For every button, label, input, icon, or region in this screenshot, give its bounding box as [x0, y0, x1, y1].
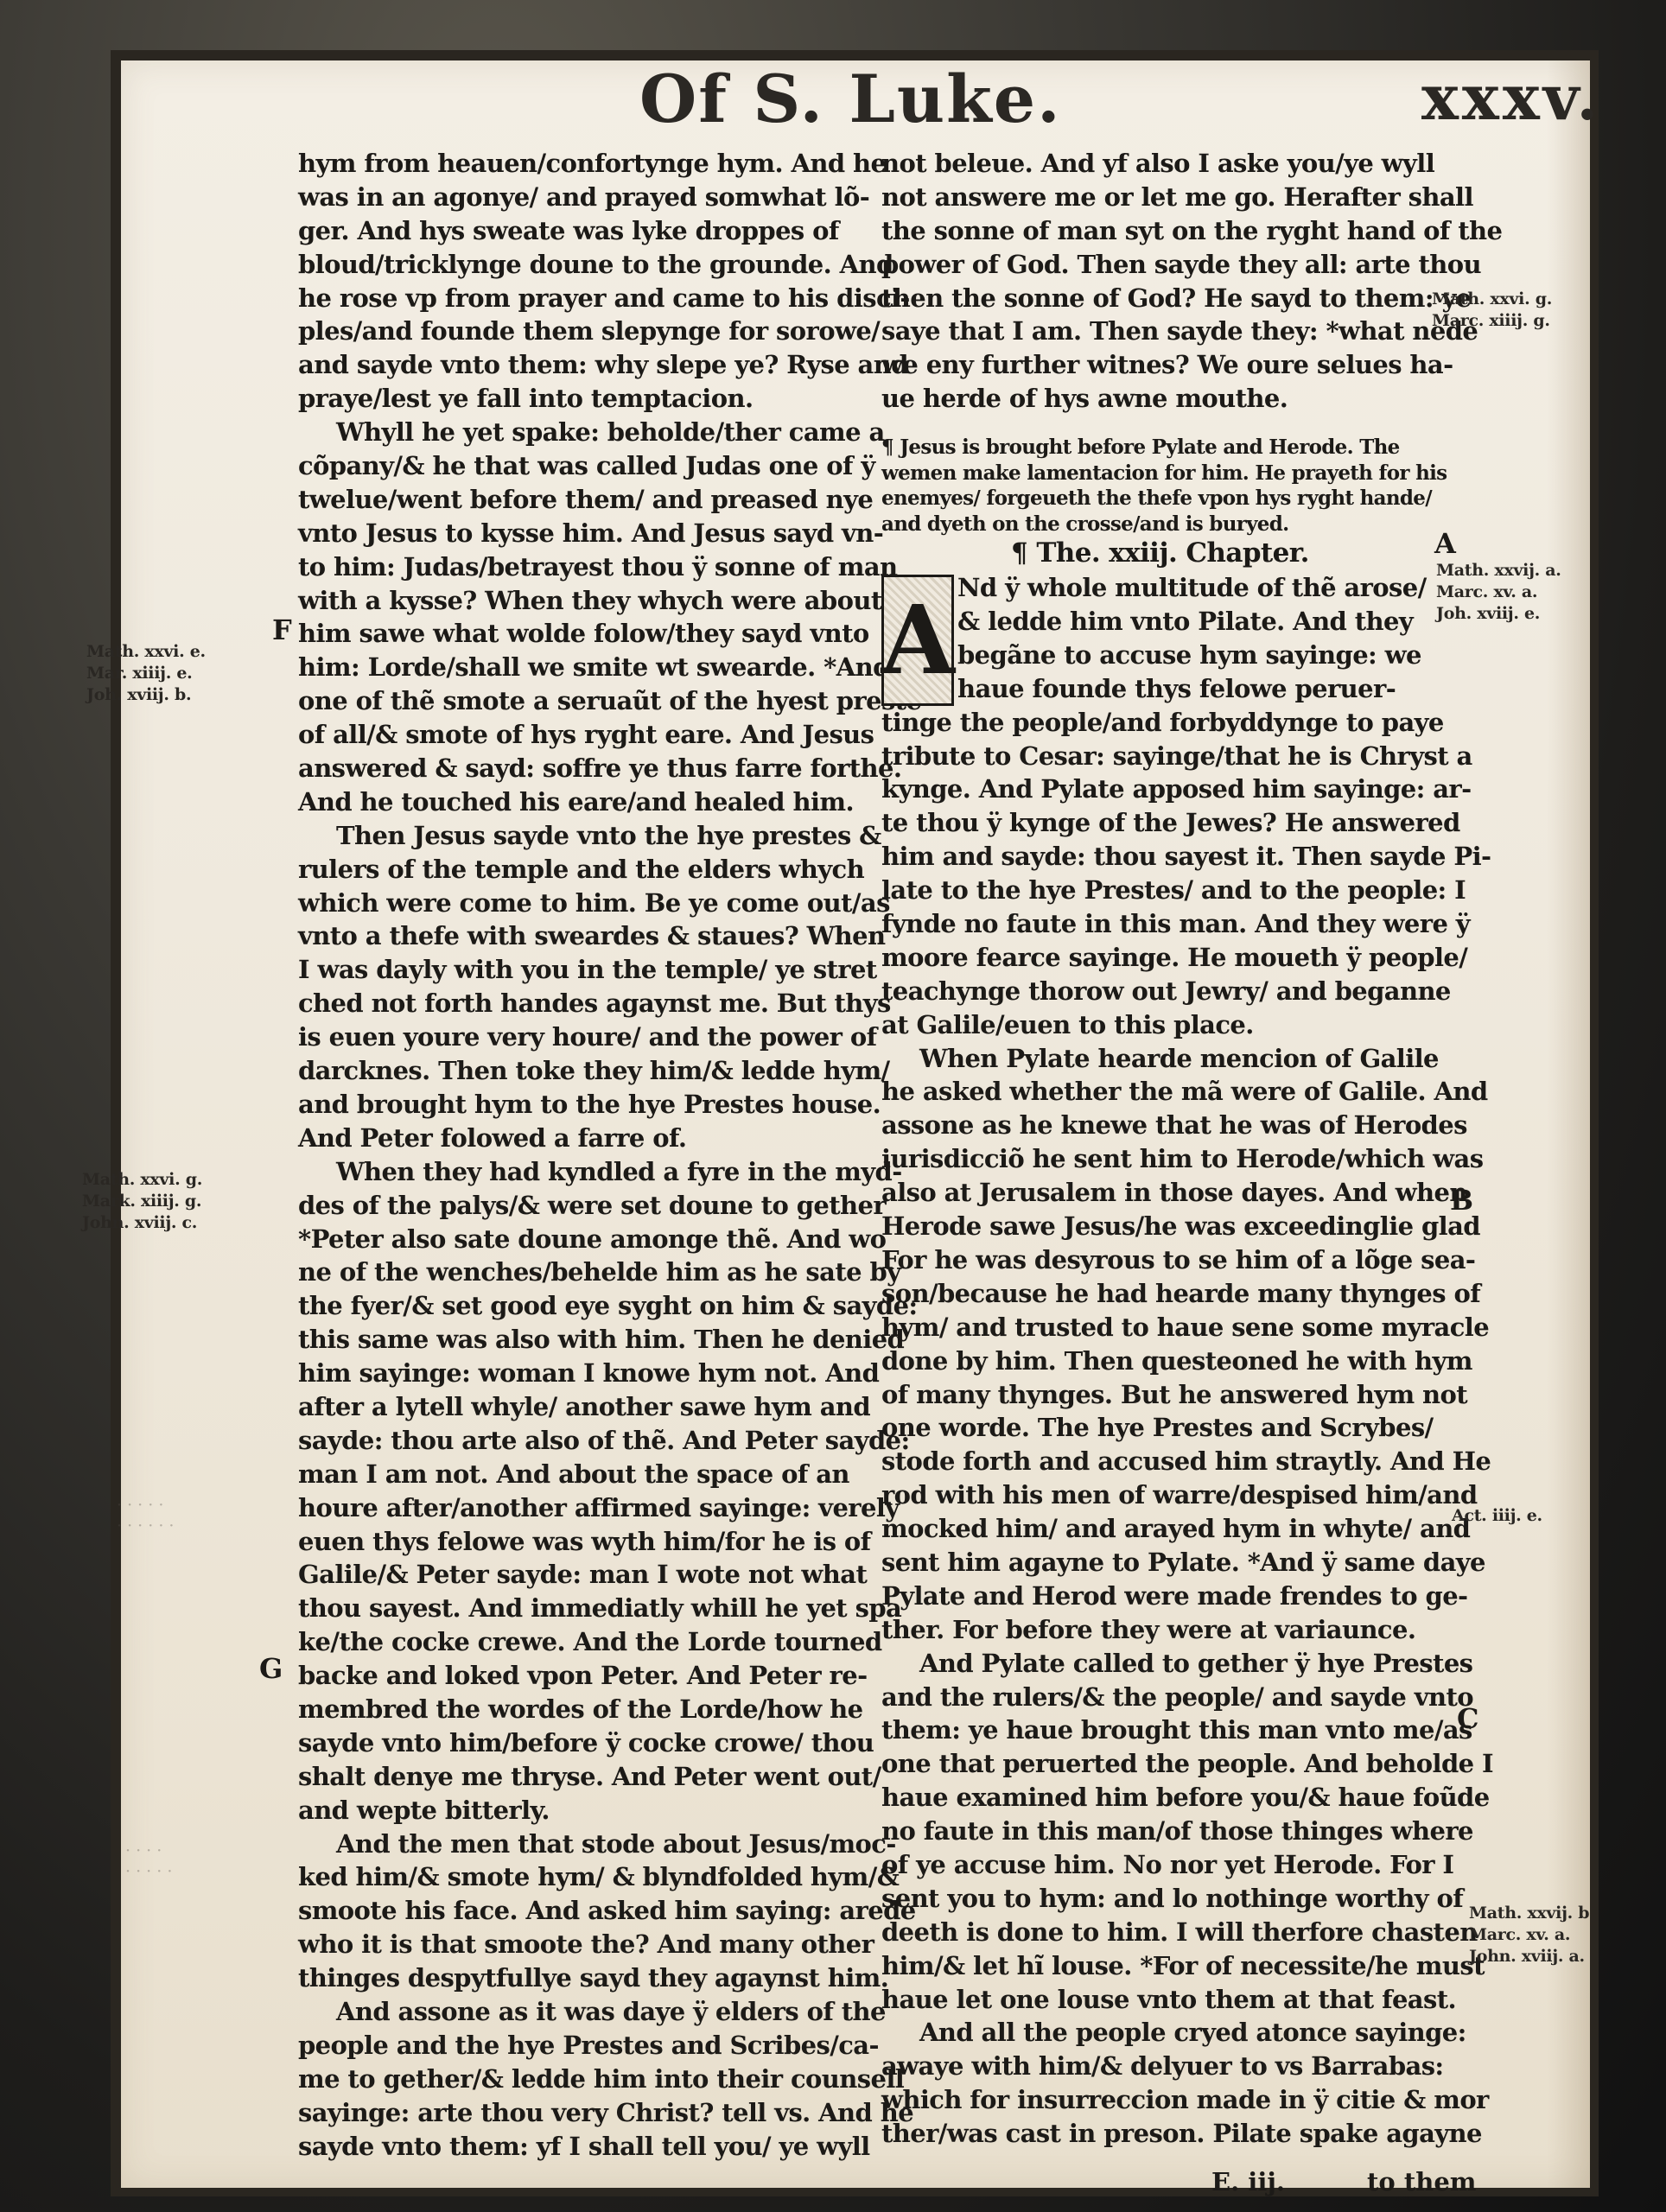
text-line: And assone as it was daye ÿ elders of th… — [298, 1995, 868, 2029]
text-line: Then Jesus sayde vnto the hye prestes & — [298, 819, 868, 853]
text-line: haue let one louse vnto them at that fea… — [881, 1983, 1452, 2017]
text-line: vnto Jesus to kysse him. And Jesus sayd … — [298, 517, 868, 550]
text-line: the sonne of man syt on the ryght hand o… — [881, 214, 1452, 248]
text-line: And Pylate called to gether ÿ hye Preste… — [881, 1647, 1452, 1681]
text-line: mocked him/ and arayed hym in whyte/ and — [881, 1512, 1452, 1546]
folio-number: xxxv. — [1421, 60, 1601, 134]
text-line: was in an agonye/ and prayed somwhat lõ- — [298, 181, 868, 214]
text-line: which were come to him. Be ye come out/a… — [298, 887, 868, 920]
text-line: euen thys felowe was wyth him/for he is … — [298, 1525, 868, 1559]
page-edge-shading — [1547, 60, 1590, 2188]
text-line: is euen youre very houre/ and the power … — [298, 1020, 868, 1054]
text-line: houre after/another affirmed sayinge: ve… — [298, 1491, 868, 1525]
text-line: wemen make lamentacion for him. He praye… — [881, 461, 1452, 486]
text-line: shalt denye me thryse. And Peter went ou… — [298, 1760, 868, 1794]
bible-page: Of S. Luke. xxxv. hym from heauen/confor… — [121, 60, 1590, 2188]
section-letter-b: B — [1450, 1184, 1473, 1217]
text-line: saye that I am. Then sayde they: *what n… — [881, 315, 1452, 348]
section-letter-f: F — [272, 613, 292, 646]
text-line: him: Lorde/shall we smite wt swearde. *A… — [298, 651, 868, 684]
text-line: bloud/tricklynge doune to the grounde. A… — [298, 248, 868, 282]
text-line: stode forth and accused him straytly. An… — [881, 1445, 1452, 1478]
section-letter-a: A — [1434, 527, 1456, 560]
text-line: ke/the cocke crewe. And the Lorde tourne… — [298, 1625, 868, 1659]
text-line: and brought hym to the hye Prestes house… — [298, 1088, 868, 1122]
drop-cap-text-line: haue founde thys felowe peruer- — [881, 672, 1452, 706]
text-line: sayde vnto him/before ÿ cocke crowe/ tho… — [298, 1726, 868, 1760]
text-line: fynde no faute in this man. And they wer… — [881, 907, 1452, 941]
text-line: of many thynges. But he answered hym not — [881, 1378, 1452, 1412]
margin-note-left-1: Math. xxvi. e. Mar. xiiij. e. Joh. xviij… — [86, 641, 206, 706]
text-line: sayinge: arte thou very Christ? tell vs.… — [298, 2096, 868, 2130]
text-line: teachynge thorow out Jewry/ and beganne — [881, 975, 1452, 1008]
text-line: sayde vnto them: yf I shall tell you/ ye… — [298, 2130, 868, 2164]
text-line: tinge the people/and forbyddynge to paye — [881, 706, 1452, 740]
text-line: which for insurreccion made in ÿ citie &… — [881, 2083, 1452, 2117]
text-line: assone as he knewe that he was of Herode… — [881, 1109, 1452, 1142]
text-line: one worde. The hye Prestes and Scrybes/ — [881, 1411, 1452, 1445]
text-line: one of thẽ smote a seruaũt of the hyest … — [298, 684, 868, 718]
text-line: darcknes. Then toke they him/& ledde hym… — [298, 1054, 868, 1088]
right-column-bottom-text: tinge the people/and forbyddynge to paye… — [881, 706, 1452, 2151]
text-line: And he touched his eare/and healed him. — [298, 785, 868, 819]
text-line: Galile/& Peter sayde: man I wote not wha… — [298, 1558, 868, 1592]
chapter-summary: ¶ Jesus is brought before Pylate and Her… — [881, 435, 1452, 537]
right-column-top-text: not beleue. And yf also I aske you/ye wy… — [881, 147, 1452, 416]
text-line: kynge. And Pylate apposed him sayinge: a… — [881, 772, 1452, 806]
text-line: thinges despytfullye sayd they agaynst h… — [298, 1961, 868, 1995]
text-line: backe and loked vpon Peter. And Peter re… — [298, 1659, 868, 1693]
section-letter-g: G — [259, 1652, 283, 1685]
text-line: him and sayde: thou sayest it. Then sayd… — [881, 840, 1452, 874]
text-line: membred the wordes of the Lorde/how he — [298, 1693, 868, 1726]
text-line: him sawe what wolde folow/they sayd vnto — [298, 617, 868, 651]
text-line: hym from heauen/confortynge hym. And he — [298, 147, 868, 181]
show-through-smudge: · · · ·· · · · · — [125, 1840, 172, 1882]
text-line: me to gether/& ledde him into their coun… — [298, 2063, 868, 2096]
text-line: And Peter folowed a farre of. — [298, 1122, 868, 1155]
text-line: deeth is done to him. I will therfore ch… — [881, 1916, 1452, 1949]
left-text-column: hym from heauen/confortynge hym. And hew… — [298, 147, 868, 2163]
text-line: son/because he had hearde many thynges o… — [881, 1277, 1452, 1311]
text-line: answered & sayd: soffre ye thus farre fo… — [298, 752, 868, 785]
text-line: When they had kyndled a fyre in the myd- — [298, 1155, 868, 1189]
margin-note-left-2: Math. xxvi. g. Mark. xiiij. g. John. xvi… — [82, 1169, 202, 1234]
text-line: praye/lest ye fall into temptacion. — [298, 382, 868, 416]
margin-note-right-4: Math. xxvij. b Marc. xv. a. John. xviij.… — [1469, 1903, 1589, 1967]
text-line: ther/was cast in preson. Pilate spake ag… — [881, 2117, 1452, 2151]
text-line: cõpany/& he that was called Judas one of… — [298, 449, 868, 483]
drop-cap-text-line: begãne to accuse hym sayinge: we — [881, 639, 1452, 672]
section-letter-c: C — [1457, 1702, 1478, 1735]
text-line: we eny further witnes? We oure selues ha… — [881, 348, 1452, 382]
text-line: des of the palys/& were set doune to get… — [298, 1189, 868, 1223]
text-line: who it is that smoote the? And many othe… — [298, 1928, 868, 1961]
text-line: vnto a thefe with sweardes & staues? Whe… — [298, 919, 868, 953]
text-line: sent you to hym: and lo nothinge worthy … — [881, 1882, 1452, 1916]
text-line: ples/and founde them slepynge for sorowe… — [298, 315, 868, 348]
text-line: of ye accuse him. No nor yet Herode. For… — [881, 1848, 1452, 1882]
text-line: thou sayest. And immediatly whill he yet… — [298, 1592, 868, 1625]
text-line: and wepte bitterly. — [298, 1794, 868, 1827]
text-line: smoote his face. And asked him saying: a… — [298, 1894, 868, 1928]
text-line: this same was also with him. Then he den… — [298, 1323, 868, 1357]
margin-note-right-1: Math. xxvi. g. Marc. xiiij. g. — [1432, 289, 1552, 332]
text-line: ched not forth handes agaynst me. But th… — [298, 987, 868, 1020]
text-line: tribute to Cesar: sayinge/that he is Chr… — [881, 740, 1452, 773]
text-line: people and the hye Prestes and Scribes/c… — [298, 2029, 868, 2063]
text-line: hym/ and trusted to haue sene some myrac… — [881, 1311, 1452, 1344]
text-line: enemyes/ forgeueth the thefe vpon hys ry… — [881, 486, 1452, 512]
text-line: Whyll he yet spake: beholde/ther came a — [298, 416, 868, 449]
text-line: sent him agayne to Pylate. *And ÿ same d… — [881, 1546, 1452, 1580]
text-line: him/& let hĩ louse. *For of necessite/he… — [881, 1949, 1452, 1983]
text-line: not answere me or let me go. Herafter sh… — [881, 181, 1452, 214]
text-line: When Pylate hearde mencion of Galile — [881, 1042, 1452, 1076]
text-line: man I am not. And about the space of an — [298, 1458, 868, 1491]
right-text-column: not beleue. And yf also I aske you/ye wy… — [881, 147, 1452, 2151]
text-line: ked him/& smote hym/ & blyndfolded hym/& — [298, 1860, 868, 1894]
text-line: moore fearce sayinge. He moueth ÿ people… — [881, 941, 1452, 975]
text-line: after a lytell whyle/ another sawe hym a… — [298, 1390, 868, 1424]
text-line: he rose vp from prayer and came to his d… — [298, 282, 868, 315]
text-line: ¶ Jesus is brought before Pylate and Her… — [881, 435, 1452, 461]
text-line: then the sonne of God? He sayd to them: … — [881, 282, 1452, 315]
drop-cap-text-line: Nd ÿ whole multitude of thẽ arose/ — [881, 571, 1452, 605]
text-line: them: ye haue brought this man vnto me/a… — [881, 1713, 1452, 1747]
text-line: te thou ÿ kynge of the Jewes? He answere… — [881, 806, 1452, 840]
margin-note-right-3: Act. iiij. e. — [1452, 1505, 1542, 1527]
text-line: sayde: thou arte also of thẽ. And Peter … — [298, 1424, 868, 1458]
drop-cap-text-line: & ledde him vnto Pilate. And they — [881, 605, 1452, 639]
text-line: and sayde vnto them: why slepe ye? Ryse … — [298, 348, 868, 382]
text-line: and the rulers/& the people/ and sayde v… — [881, 1681, 1452, 1714]
text-line: iurisdicciõ he sent him to Herode/which … — [881, 1142, 1452, 1176]
text-line: done by him. Then questeoned he with hym — [881, 1344, 1452, 1378]
text-line: rod with his men of warre/despised him/a… — [881, 1478, 1452, 1512]
text-line: ger. And hys sweate was lyke droppes of — [298, 214, 868, 248]
decorated-initial-icon: A — [881, 575, 954, 706]
text-line: Herode sawe Jesus/he was exceedinglie gl… — [881, 1210, 1452, 1243]
text-line: And the men that stode about Jesus/moc- — [298, 1827, 868, 1861]
margin-note-right-2: Math. xxvij. a. Marc. xv. a. Joh. xviij.… — [1436, 560, 1561, 625]
text-line: of all/& smote of hys ryght eare. And Je… — [298, 718, 868, 752]
text-line: also at Jerusalem in those dayes. And wh… — [881, 1176, 1452, 1210]
text-line: him sayinge: woman I knowe hym not. And — [298, 1357, 868, 1390]
text-line: ne of the wenches/behelde him as he sate… — [298, 1255, 868, 1289]
text-line: and dyeth on the crosse/and is buryed. — [881, 512, 1452, 537]
text-line: awaye with him/& delyuer to vs Barrabas: — [881, 2050, 1452, 2083]
text-line: the fyer/& set good eye syght on him & s… — [298, 1289, 868, 1323]
chapter-heading: ¶ The. xxiij. Chapter. — [881, 537, 1452, 571]
running-head: Of S. Luke. — [639, 60, 1062, 137]
text-line: For he was desyrous to se him of a lõge … — [881, 1243, 1452, 1277]
text-line: at Galile/euen to this place. — [881, 1008, 1452, 1042]
text-line: no faute in this man/of those thinges wh… — [881, 1815, 1452, 1848]
text-line: to him: Judas/betrayest thou ÿ sonne of … — [298, 550, 868, 584]
signature-mark: E. iij. — [1211, 2167, 1285, 2196]
text-line: ther. For before they were at variaunce. — [881, 1613, 1452, 1647]
text-line: one that peruerted the people. And behol… — [881, 1747, 1452, 1781]
text-line: And all the people cryed atonce sayinge: — [881, 2016, 1452, 2050]
text-line: Pylate and Herod were made frendes to ge… — [881, 1580, 1452, 1613]
text-line: he asked whether the mã were of Galile. … — [881, 1075, 1452, 1109]
text-line: ue herde of hys awne mouthe. — [881, 382, 1452, 416]
text-line: not beleue. And yf also I aske you/ye wy… — [881, 147, 1452, 181]
catchword: to them — [1367, 2167, 1476, 2196]
text-line: power of God. Then sayde they all: arte … — [881, 248, 1452, 282]
text-line: haue examined him before you/& haue foũd… — [881, 1781, 1452, 1815]
text-line: I was dayly with you in the temple/ ye s… — [298, 953, 868, 987]
text-line: with a kysse? When they whych were about — [298, 584, 868, 618]
text-line: *Peter also sate doune amonge thẽ. And w… — [298, 1223, 868, 1256]
drop-cap-paragraph: A Nd ÿ whole multitude of thẽ arose/& le… — [881, 571, 1452, 706]
text-line: twelue/went before them/ and preased nye — [298, 483, 868, 517]
text-line: late to the hye Prestes/ and to the peop… — [881, 874, 1452, 907]
text-line: rulers of the temple and the elders whyc… — [298, 853, 868, 887]
show-through-smudge: · · · · ·· · · · · · — [117, 1495, 174, 1536]
